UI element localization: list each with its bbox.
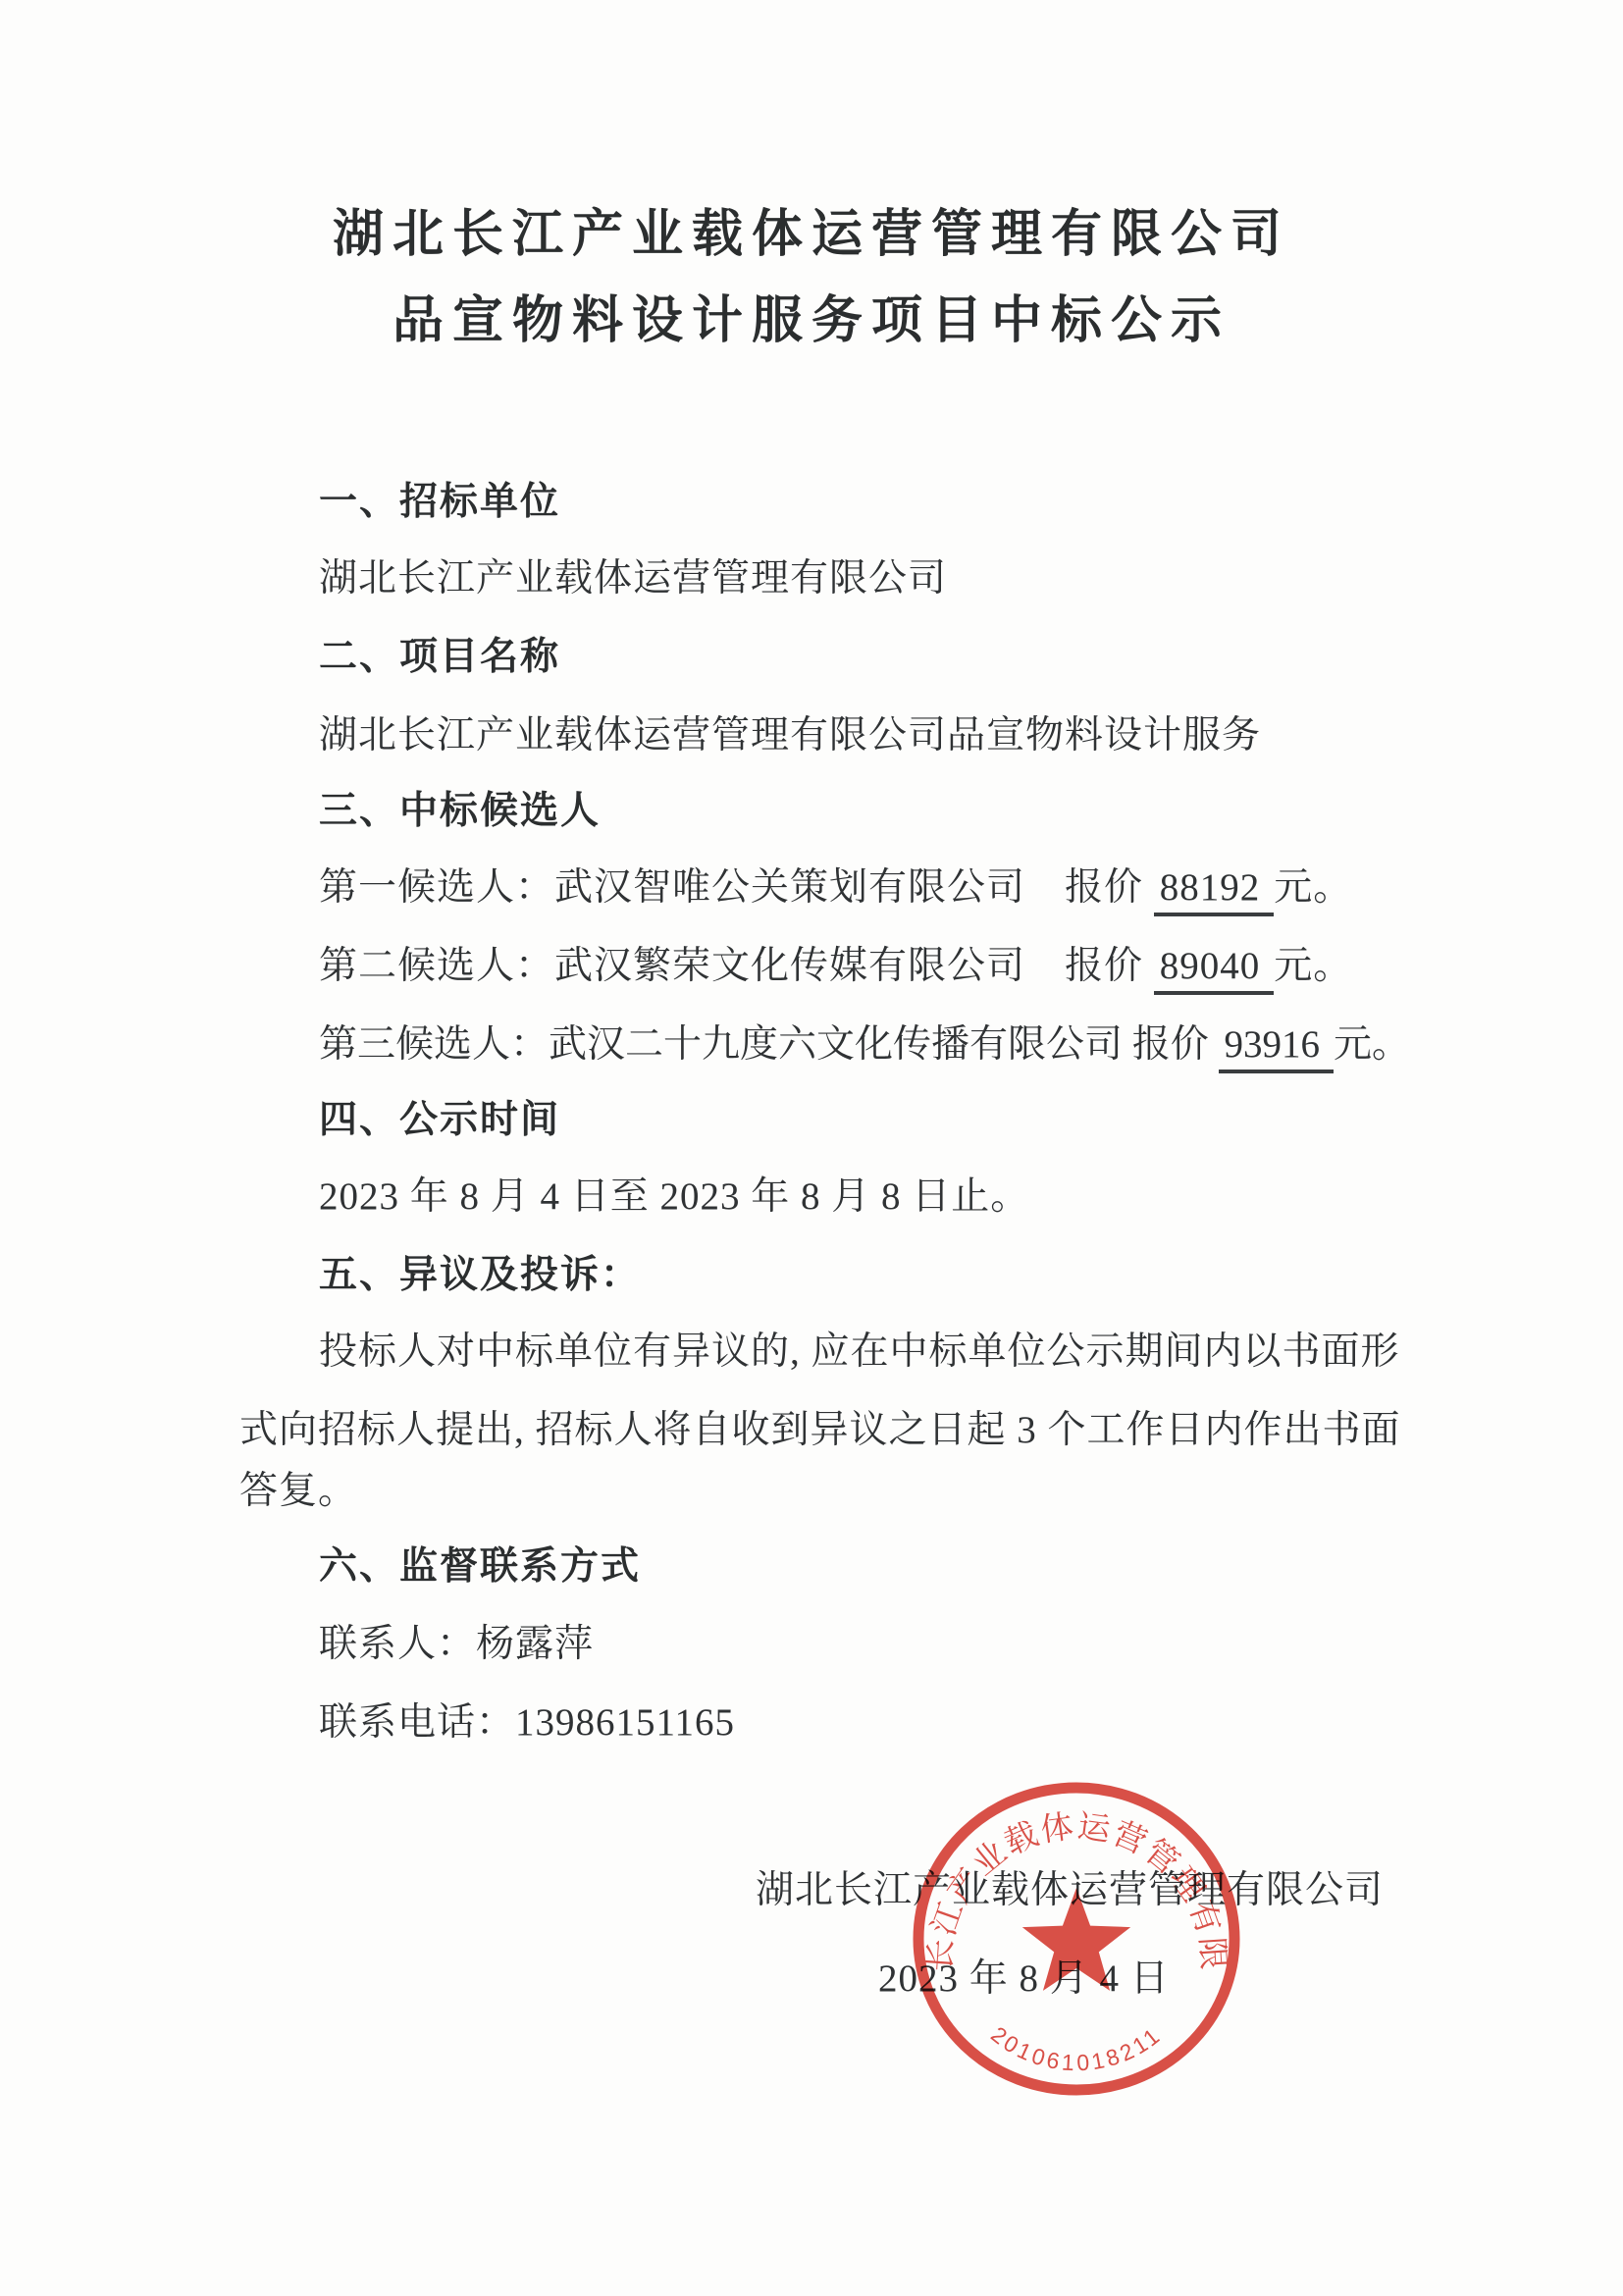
announcement-page: 湖北长江产业载体运营管理有限公司 品宣物料设计服务项目中标公示 一、招标单位 湖… [0, 0, 1623, 2296]
contact-person: 联系人：杨露萍 [319, 1619, 594, 1670]
candidate-3-text: 第三候选人：武汉二十九度六文化传播有限公司 报价 [319, 1023, 1219, 1066]
contact-phone: 联系电话：13986151165 [319, 1697, 735, 1748]
candidate-3-price: 93916 [1219, 1023, 1335, 1073]
candidate-row-2: 第二候选人：武汉繁荣文化传媒有限公司 报价 89040元。 [319, 941, 1352, 992]
candidate-row-3: 第三候选人：武汉二十九度六文化传播有限公司 报价 93916元。 [319, 1019, 1410, 1070]
candidate-1-unit: 元。 [1274, 866, 1352, 909]
candidate-1-price: 88192 [1154, 866, 1275, 916]
official-seal: 湖北长江产业载体运营管理有限公司 42010610182116 [907, 1776, 1246, 2102]
section2-body: 湖北长江产业载体运营管理有限公司品宣物料设计服务 [319, 710, 1261, 761]
candidate-2-price: 89040 [1154, 945, 1275, 995]
section3-heading: 三、中标候选人 [319, 786, 601, 837]
candidate-1-text: 第一候选人：武汉智唯公关策划有限公司 报价 [319, 866, 1154, 909]
section1-heading: 一、招标单位 [319, 477, 560, 528]
section2-heading: 二、项目名称 [319, 632, 560, 683]
candidate-2-unit: 元。 [1274, 945, 1352, 987]
section5-paragraph-line1: 投标人对中标单位有异议的, 应在中标单位公示期间内以书面形 [319, 1327, 1400, 1378]
candidate-row-1: 第一候选人：武汉智唯公关策划有限公司 报价 88192元。 [319, 862, 1352, 913]
document-title-line2: 品宣物料设计服务项目中标公示 [0, 279, 1623, 352]
section5-heading: 五、异议及投诉： [319, 1250, 641, 1301]
section1-body: 湖北长江产业载体运营管理有限公司 [319, 553, 947, 604]
seal-star [1022, 1888, 1130, 1991]
section4-body: 2023 年 8 月 4 日至 2023 年 8 月 8 日止。 [319, 1172, 1029, 1223]
document-title-line1: 湖北长江产业载体运营管理有限公司 [0, 192, 1623, 266]
candidate-3-unit: 元。 [1334, 1023, 1410, 1066]
section4-heading: 四、公示时间 [319, 1095, 560, 1146]
candidate-2-text: 第二候选人：武汉繁荣文化传媒有限公司 报价 [319, 945, 1154, 987]
section5-paragraph-line3: 答复。 [239, 1466, 357, 1517]
section5-paragraph-line2: 式向招标人提出, 招标人将自收到异议之日起 3 个工作日内作出书面 [239, 1405, 1401, 1456]
section6-heading: 六、监督联系方式 [319, 1541, 641, 1592]
